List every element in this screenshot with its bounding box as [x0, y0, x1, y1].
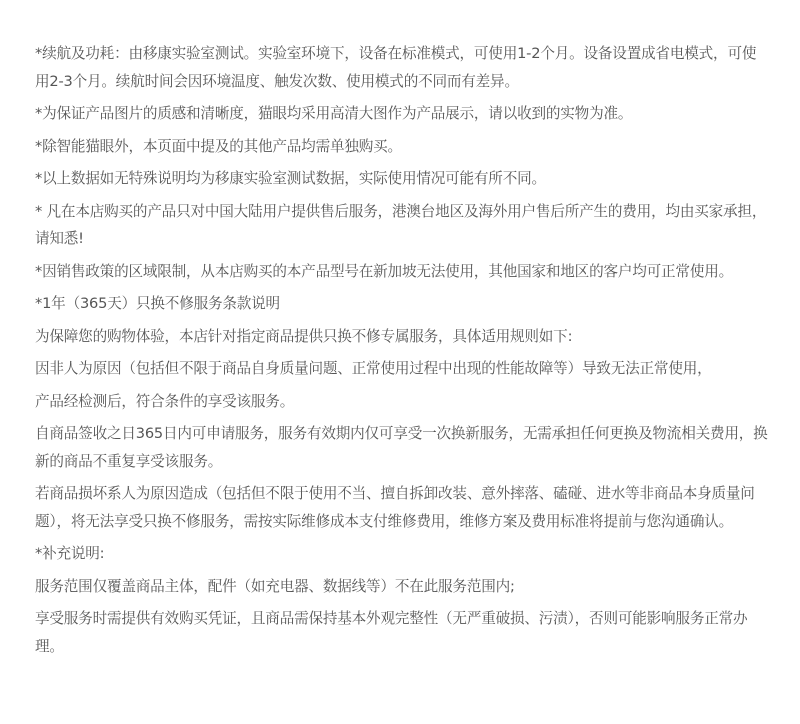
lab-data-note: *以上数据如无特殊说明均为移康实验室测试数据，实际使用情况可能有所不同。 — [35, 165, 770, 193]
battery-life-note: *续航及功耗：由移康实验室测试。实验室环境下，设备在标准模式，可使用1-2个月。… — [35, 40, 770, 95]
replacement-period: 自商品签收之日365日内可申请服务，服务有效期内仅可享受一次换新服务，无需承担任… — [35, 420, 770, 475]
product-notes-document: *续航及功耗：由移康实验室测试。实验室环境下，设备在标准模式，可使用1-2个月。… — [35, 40, 770, 665]
sales-policy-region-note: *因销售政策的区域限制，从本店购买的本产品型号在新加坡无法使用，其他国家和地区的… — [35, 258, 770, 286]
proof-of-purchase-note: 享受服务时需提供有效购买凭证，且商品需保持基本外观完整性（无严重破损、污渍），否… — [35, 605, 770, 660]
replacement-terms-heading: *1年（365天）只换不修服务条款说明 — [35, 290, 770, 318]
replacement-eligibility: 因非人为原因（包括但不限于商品自身质量问题、正常使用过程中出现的性能故障等）导致… — [35, 355, 770, 383]
replacement-inspection: 产品经检测后，符合条件的享受该服务。 — [35, 388, 770, 416]
replacement-exclusion: 若商品损坏系人为原因造成（包括但不限于使用不当、擅自拆卸改装、意外摔落、磕碰、进… — [35, 480, 770, 535]
service-scope-note: 服务范围仅覆盖商品主体，配件（如充电器、数据线等）不在此服务范围内; — [35, 573, 770, 601]
supplement-heading: *补充说明: — [35, 540, 770, 568]
after-sales-region-note: * 凡在本店购买的产品只对中国大陆用户提供售后服务，港澳台地区及海外用户售后所产… — [35, 198, 770, 253]
image-quality-note: *为保证产品图片的质感和清晰度，猫眼均采用高清大图作为产品展示，请以收到的实物为… — [35, 100, 770, 128]
separate-purchase-note: *除智能猫眼外，本页面中提及的其他产品均需单独购买。 — [35, 133, 770, 161]
replacement-intro: 为保障您的购物体验，本店针对指定商品提供只换不修专属服务，具体适用规则如下: — [35, 323, 770, 351]
